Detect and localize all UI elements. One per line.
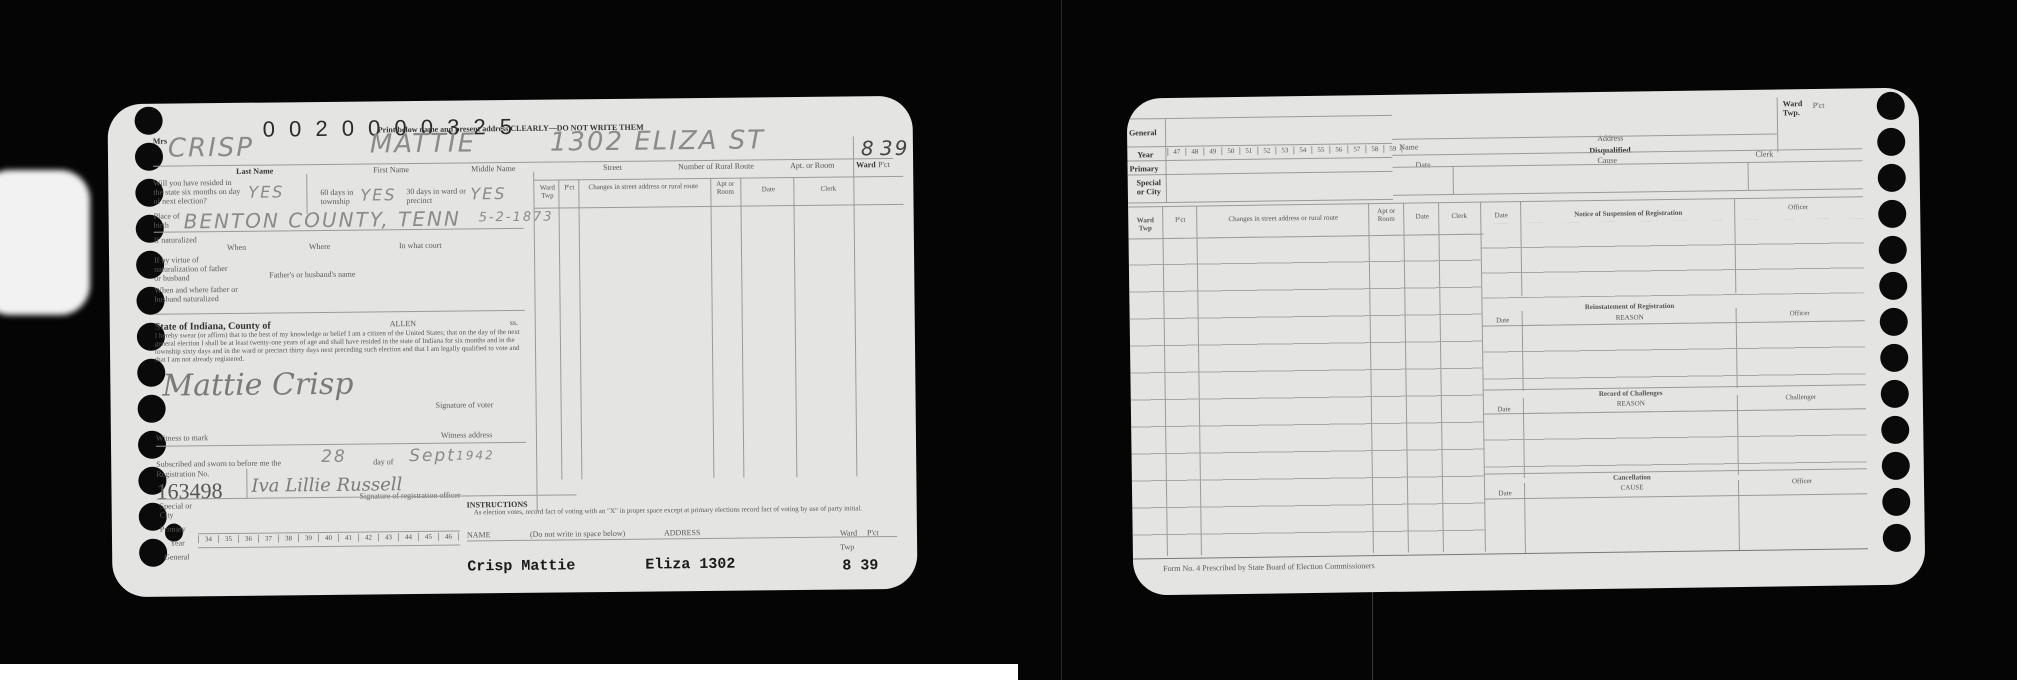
year-cell: 34 [198, 535, 218, 543]
table-col [793, 177, 797, 477]
label-ward: Ward [856, 160, 876, 169]
first-name-value: MATTIE [370, 128, 476, 159]
back-changes-header-address: Changes in street address or rural route [1198, 213, 1368, 223]
divider [1524, 483, 1526, 553]
punch-hole [1879, 272, 1907, 300]
year-cell: 46 [438, 533, 459, 541]
divider [246, 469, 247, 499]
label-apt-room: Apt. or Room [790, 161, 834, 170]
punch-hole [1881, 380, 1909, 408]
grid-label-year: Year [170, 538, 185, 547]
back-changes-header-date: Date [1406, 212, 1438, 220]
label-last-name: Last Name [236, 166, 273, 175]
ward-precinct-answer: YES [470, 184, 506, 203]
film-white-patch [0, 664, 1018, 680]
transfer-ward-label: Ward Twp. [1783, 99, 1805, 117]
title-prefix: Mrs [153, 137, 167, 146]
punch-hole [1878, 200, 1906, 228]
cancellation-cause-label: CAUSE [1527, 482, 1737, 493]
year-cell: 36 [238, 535, 258, 543]
witness-address-label: Witness address [441, 430, 493, 440]
year-cell: 53 [1275, 146, 1293, 154]
year-cell: 58 [1365, 145, 1383, 153]
year-cell: 42 [358, 533, 378, 541]
back-changes-header-pct: P'ct [1164, 216, 1196, 224]
table-col [740, 178, 744, 478]
by-virtue-label: If by virtue of naturalization of father… [154, 255, 229, 283]
punch-hole [1877, 128, 1905, 156]
label-street: Street [603, 163, 622, 172]
footer-name-label: NAME [467, 530, 491, 539]
voter-signature: Mattie Crisp [162, 367, 353, 404]
divider [155, 310, 525, 315]
typed-ward-pct: 8 39 [842, 557, 878, 574]
reinstatement-officer-label: Officer [1740, 308, 1860, 318]
typed-address: Eliza 1302 [645, 556, 735, 574]
front-year-row: 34 35 36 37 38 39 40 41 42 43 44 45 46 [198, 533, 459, 544]
table-col [710, 178, 714, 478]
changes-header-apt: Apt or Room [713, 180, 737, 196]
punch-hole [1879, 236, 1907, 264]
back-changes-header-ward: Ward Twp [1130, 216, 1160, 232]
changes-header-pct: P'ct [560, 183, 578, 191]
divider [1393, 188, 1863, 196]
reinstatement-rows [1482, 320, 1866, 393]
grid-line [1128, 171, 1393, 176]
reinstatement-title: Reinstatement of Registration [1524, 301, 1734, 312]
year-cell: 52 [1257, 146, 1275, 154]
back-grid-label-primary: Primary [1129, 164, 1158, 173]
grid-line [1127, 115, 1392, 120]
year-cell: 48 [1185, 147, 1203, 155]
footer-do-not-write: (Do not write in space below) [530, 529, 625, 539]
township-answer: YES [360, 185, 396, 204]
back-grid-label-special: Special or City [1133, 178, 1165, 196]
changes-header-address: Changes in street address or rural route [578, 182, 708, 191]
divider [1393, 160, 1863, 168]
suspension-date-label: Date [1484, 211, 1518, 219]
changes-header-date: Date [748, 185, 788, 193]
challenges-challenger-label: Challenger [1741, 392, 1861, 402]
year-cell: 49 [1203, 147, 1221, 155]
label-pct: P'ct [878, 160, 890, 169]
film-scratch [1061, 0, 1062, 680]
reinstatement-date-label: Date [1486, 316, 1520, 324]
table-col [558, 180, 562, 480]
film-glare [0, 170, 90, 315]
punch-hole [1880, 308, 1908, 336]
changes-header-clerk: Clerk [798, 184, 858, 193]
registration-card-front: 0 0 2 0 0 0 0 3 2 5 Print below name and… [107, 96, 917, 597]
sworn-month: Sept [409, 446, 456, 466]
grid-line [1127, 157, 1392, 162]
cancellation-officer-label: Officer [1742, 476, 1862, 486]
back-changes-rows [1129, 234, 1485, 557]
sworn-text: Subscribed and sworn to before me the [156, 458, 281, 468]
year-cell: 56 [1329, 145, 1347, 153]
year-cell: 39 [298, 534, 318, 542]
father-naturalized-label: When and where father or husband natural… [154, 285, 239, 304]
label-number-rural: Number of Rural Route [678, 161, 754, 171]
divider [1453, 166, 1454, 194]
street-value: 1302 ELIZA ST [550, 125, 766, 157]
naturalized-when: When [227, 243, 246, 252]
year-cell: 44 [398, 533, 418, 541]
punch-hole [134, 107, 162, 135]
year-cell: 50 [1221, 147, 1239, 155]
registration-card-back: General Year Primary Special or City 47 … [1127, 87, 1926, 595]
table-col [578, 179, 582, 479]
witness-label: Witness to mark [156, 433, 208, 443]
back-grid-label-general: General [1129, 128, 1157, 137]
disqualified-label: Disqualified [1589, 146, 1630, 156]
label-middle-name: Middle Name [471, 164, 515, 173]
back-changes-header-clerk: Clerk [1440, 212, 1478, 221]
challenges-title: Record of Challenges [1526, 388, 1736, 399]
back-grid-label-year: Year [1137, 150, 1153, 159]
year-cell: 43 [378, 533, 398, 541]
state-residency-answer: YES [248, 182, 284, 201]
year-cell: 45 [418, 533, 438, 541]
form-note: Form No. 4 Prescribed by State Board of … [1163, 561, 1375, 573]
year-cell: 55 [1311, 146, 1329, 154]
naturalized-where: Where [309, 242, 330, 251]
year-cell: 51 [1239, 147, 1257, 155]
punch-hole [1883, 524, 1911, 552]
naturalized-court: In what court [399, 241, 442, 250]
punch-hole [1882, 452, 1910, 480]
instructions-text: As election votes, record fact of voting… [474, 504, 874, 516]
suspension-officer-label: Officer [1738, 202, 1858, 212]
divider [1484, 493, 1867, 499]
changes-header-ward: Ward Twp [536, 184, 558, 200]
sworn-day-of: day of [373, 457, 393, 466]
ward-value: 8 [861, 136, 876, 160]
divider [1748, 162, 1749, 190]
voter-signature-label: Signature of voter [436, 400, 494, 410]
last-name-value: CRISP [168, 133, 254, 164]
suspension-rows [1480, 218, 1864, 298]
back-changes-header-apt: Apt or Room [1371, 207, 1401, 223]
transfer-pct-label: P'ct [1813, 101, 1825, 110]
year-cell: 47 [1167, 148, 1185, 156]
year-cell: 54 [1293, 146, 1311, 154]
punch-hole [1881, 416, 1909, 444]
father-name-label: Father's or husband's name [269, 270, 355, 280]
sworn-year: 1942 [456, 448, 495, 462]
state-residency-question: Will you have resided in the state six m… [153, 178, 243, 206]
disqualified-date-label: Date [1415, 160, 1430, 169]
table-border [534, 204, 904, 209]
cancellation-title: Cancellation [1527, 472, 1737, 483]
grid-label-special: Special or City [160, 501, 195, 519]
disqualified-clerk-label: Clerk [1755, 150, 1773, 159]
divider [1738, 480, 1740, 550]
challenges-reason-label: REASON [1526, 398, 1736, 409]
punch-hole [1880, 344, 1908, 372]
year-cell: 35 [218, 535, 238, 543]
footer-address-label: ADDRESS [664, 528, 701, 537]
year-cell: 57 [1347, 145, 1365, 153]
label-first-name: First Name [373, 165, 409, 174]
footer-twp-label: Twp [840, 542, 854, 551]
reinstatement-reason-label: REASON [1525, 312, 1735, 323]
typed-name: Crisp Mattie [467, 557, 575, 575]
punch-hole [1882, 488, 1910, 516]
birth-date-value: 5-2-1873 [479, 210, 554, 226]
grid-label-primary: Primary [160, 524, 186, 533]
sworn-day: 28 [321, 447, 347, 467]
challenges-rows [1483, 408, 1867, 475]
suspension-title: Notice of Suspension of Registration [1523, 208, 1733, 219]
punch-hole [1877, 92, 1905, 120]
oath-ss: ss. [510, 318, 518, 327]
grid-label-general: General [164, 552, 189, 561]
year-cell: 40 [318, 534, 338, 542]
grid-line [198, 545, 460, 549]
divider [153, 158, 893, 167]
oath-county: ALLEN [390, 319, 416, 328]
transfer-name-label: Name [1399, 142, 1418, 151]
punch-hole [139, 539, 167, 567]
year-cell: 37 [258, 534, 278, 542]
year-cell: 38 [278, 534, 298, 542]
pct-value: 39 [880, 136, 910, 160]
naturalized-label: If naturalized [154, 235, 199, 244]
oath-text: I hereby swear (or affirm) that to the b… [155, 328, 525, 364]
year-cell: 41 [338, 534, 358, 542]
punch-hole [1878, 164, 1906, 192]
divider [1777, 97, 1779, 152]
cancellation-date-label: Date [1488, 489, 1522, 497]
divider [1392, 133, 1777, 139]
